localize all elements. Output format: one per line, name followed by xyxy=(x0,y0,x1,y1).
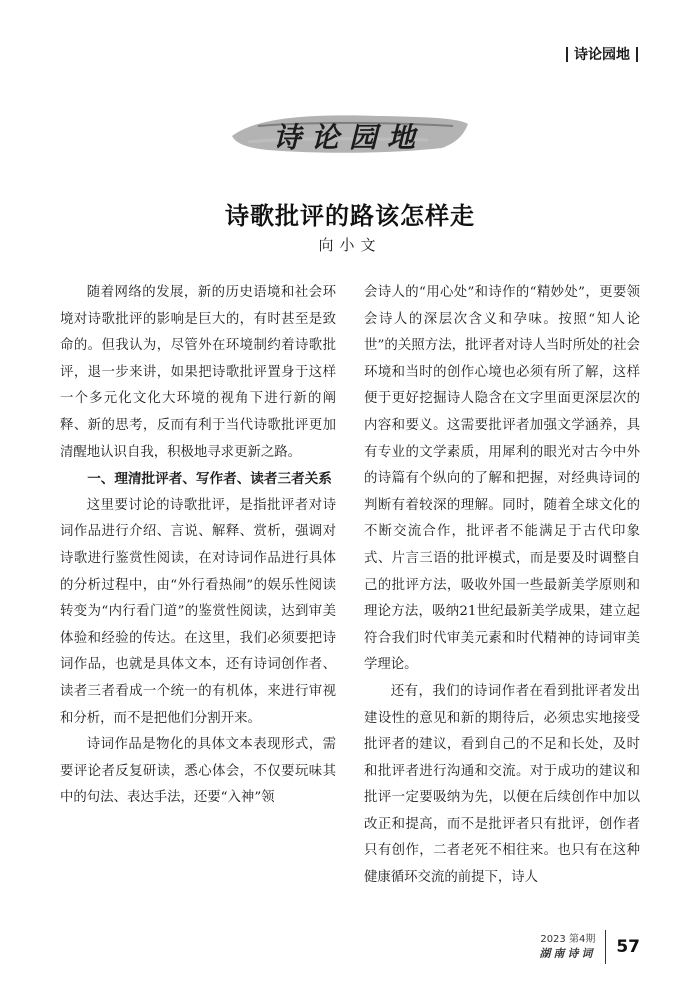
tag-bar-right xyxy=(636,47,638,62)
article-title: 诗歌批评的路该怎样走 xyxy=(0,196,700,231)
left-column: 随着网络的发展，新的历史语境和社会环境对诗歌批评的影响是巨大的，有时甚至是致命的… xyxy=(60,280,336,812)
banner-text: 诗论园地 xyxy=(228,116,470,156)
page-footer: 2023 第4期 湖南诗词 57 xyxy=(539,930,640,964)
magazine-name: 湖南诗词 xyxy=(539,947,595,961)
paragraph: 还有，我们的诗词作者在看到批评者发出建设性的意见和新的期待后，必须忠实地接受批评… xyxy=(364,679,640,892)
paragraph: 这里要讨论的诗歌批评，是指批评者对诗词作品进行介绍、言说、解释、赏析，强调对诗歌… xyxy=(60,493,336,732)
footer-divider xyxy=(605,930,606,964)
year-issue: 2023 第4期 xyxy=(539,933,595,947)
section-tag-label: 诗论园地 xyxy=(574,44,630,64)
tag-bar-left xyxy=(566,47,568,62)
paragraph: 诗词作品是物化的具体文本表现形式，需要评论者反复研读，悉心体会，不仅要玩味其中的… xyxy=(60,732,336,812)
footer-meta: 2023 第4期 湖南诗词 xyxy=(539,933,595,961)
article-author: 向小文 xyxy=(0,234,700,255)
column-banner: 诗论园地 xyxy=(228,108,470,158)
paragraph: 随着网络的发展，新的历史语境和社会环境对诗歌批评的影响是巨大的，有时甚至是致命的… xyxy=(60,280,336,466)
right-column: 会诗人的“用心处”和诗作的“精妙处”，更要领会诗人的深层次含义和孕味。按照“知人… xyxy=(364,280,640,892)
section-tag: 诗论园地 xyxy=(566,44,638,64)
section-heading: 一、理清批评者、写作者、读者三者关系 xyxy=(60,466,336,493)
page-number: 57 xyxy=(616,937,640,957)
paragraph-continued: 会诗人的“用心处”和诗作的“精妙处”，更要领会诗人的深层次含义和孕味。按照“知人… xyxy=(364,280,640,679)
